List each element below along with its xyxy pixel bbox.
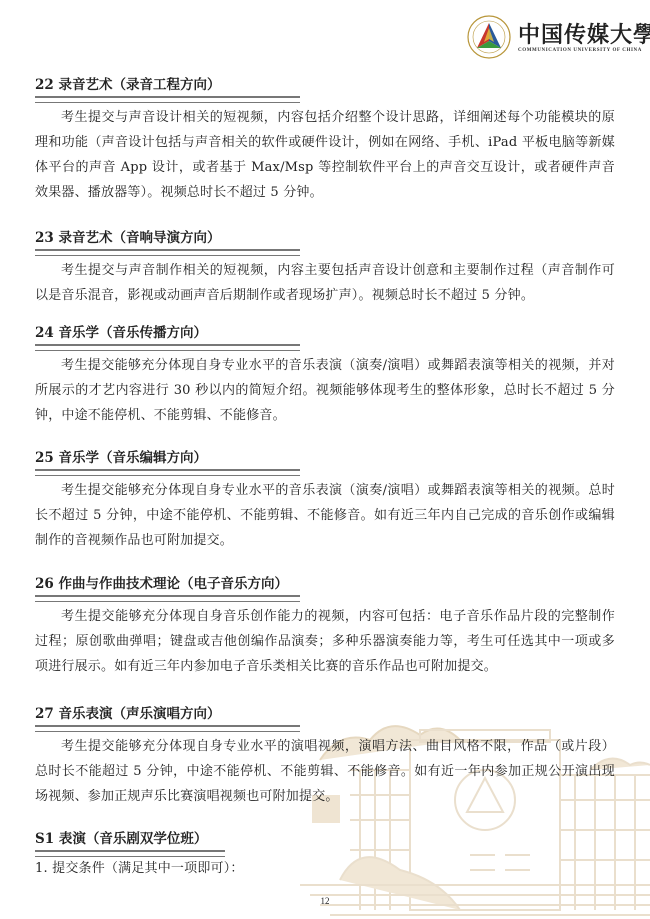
university-emblem-icon xyxy=(466,14,512,60)
section-paragraph: 考生提交能够充分体现自身专业水平的音乐表演（演奏/演唱）或舞蹈表演等相关的视频。… xyxy=(35,478,615,553)
section-s1: S1 表演（音乐剧双学位班） 1. 提交条件（满足其中一项即可）： xyxy=(35,830,615,879)
title-underline xyxy=(35,96,300,103)
title-underline xyxy=(35,725,300,732)
section-26: 26 作曲与作曲技术理论（电子音乐方向） 考生提交能够充分体现自身音乐创作能力的… xyxy=(35,575,615,679)
section-25: 25 音乐学（音乐编辑方向） 考生提交能够充分体现自身专业水平的音乐表演（演奏/… xyxy=(35,449,615,553)
title-underline xyxy=(35,249,300,256)
title-underline xyxy=(35,469,300,476)
section-title: 22 录音艺术（录音工程方向） xyxy=(35,76,615,94)
section-27: 27 音乐表演（声乐演唱方向） 考生提交能够充分体现自身专业水平的演唱视频，演唱… xyxy=(35,705,615,809)
title-underline xyxy=(35,595,300,602)
section-paragraph: 考生提交能够充分体现自身音乐创作能力的视频，内容可包括：电子音乐作品片段的完整制… xyxy=(35,604,615,679)
section-title: 25 音乐学（音乐编辑方向） xyxy=(35,449,615,467)
section-paragraph: 1. 提交条件（满足其中一项即可）： xyxy=(35,859,615,879)
section-paragraph: 考生提交能够充分体现自身专业水平的演唱视频，演唱方法、曲目风格不限，作品（或片段… xyxy=(35,734,615,809)
university-name-cn: 中国传媒大學 xyxy=(518,18,650,49)
section-paragraph: 考生提交能够充分体现自身专业水平的音乐表演（演奏/演唱）或舞蹈表演等相关的视频，… xyxy=(35,353,615,428)
section-title: 26 作曲与作曲技术理论（电子音乐方向） xyxy=(35,575,615,593)
page-number: 12 xyxy=(0,896,650,906)
title-underline xyxy=(35,344,300,351)
university-name-en: COMMUNICATION UNIVERSITY OF CHINA xyxy=(518,48,642,53)
section-paragraph: 考生提交与声音设计相关的短视频，内容包括介绍整个设计思路，详细阐述每个功能模块的… xyxy=(35,105,615,205)
title-underline xyxy=(35,850,225,857)
section-title: 23 录音艺术（音响导演方向） xyxy=(35,229,615,247)
section-title: 27 音乐表演（声乐演唱方向） xyxy=(35,705,615,723)
section-24: 24 音乐学（音乐传播方向） 考生提交能够充分体现自身专业水平的音乐表演（演奏/… xyxy=(35,324,615,428)
section-paragraph: 考生提交与声音制作相关的短视频，内容主要包括声音设计创意和主要制作过程（声音制作… xyxy=(35,258,615,308)
section-22: 22 录音艺术（录音工程方向） 考生提交与声音设计相关的短视频，内容包括介绍整个… xyxy=(35,76,615,205)
university-logo: 中国传媒大學 COMMUNICATION UNIVERSITY OF CHINA xyxy=(466,14,636,62)
section-23: 23 录音艺术（音响导演方向） 考生提交与声音制作相关的短视频，内容主要包括声音… xyxy=(35,229,615,308)
section-title: S1 表演（音乐剧双学位班） xyxy=(35,830,615,848)
section-title: 24 音乐学（音乐传播方向） xyxy=(35,324,615,342)
